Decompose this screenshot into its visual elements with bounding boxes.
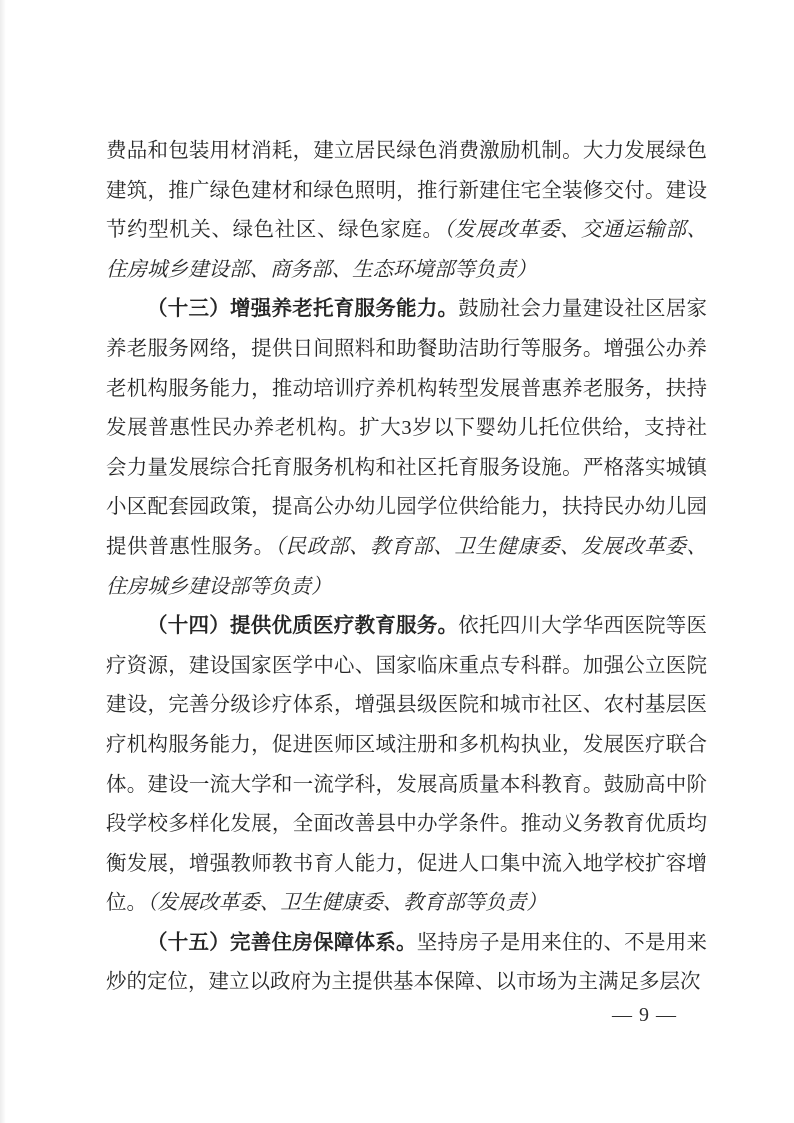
document-page: 费品和包装用材消耗，建立居民绿色消费激励机制。大力发展绿色建筑，推广绿色建材和绿… [0,0,794,1123]
paragraph-text: 依托四川大学华西医院等医疗资源，建设国家医学中心、国家临床重点专科群。加强公立医… [106,615,707,914]
document-body: 费品和包装用材消耗，建立居民绿色消费激励机制。大力发展绿色建筑，推广绿色建材和绿… [106,132,707,1003]
page-number: — 9 — [612,1002,677,1028]
paragraph-clause-15: （十五）完善住房保障体系。坚持房子是用来住的、不是用来炒的定位，建立以政府为主提… [106,924,707,1003]
clause-heading: （十三）增强养老托育服务能力。 [147,298,458,320]
clause-heading: （十四）提供优质医疗教育服务。 [147,615,458,637]
responsible-units: （发展改革委、卫生健康委、教育部等负责） [147,892,547,914]
paragraph-text: 鼓励社会力量建设社区居家养老服务网络，提供日间照料和助餐助洁助行等服务。增强公办… [106,298,707,558]
paragraph-continuation: 费品和包装用材消耗，建立居民绿色消费激励机制。大力发展绿色建筑，推广绿色建材和绿… [106,132,707,290]
paragraph-clause-13: （十三）增强养老托育服务能力。鼓励社会力量建设社区居家养老服务网络，提供日间照料… [106,290,707,607]
clause-heading: （十五）完善住房保障体系。 [147,932,417,954]
paragraph-clause-14: （十四）提供优质医疗教育服务。依托四川大学华西医院等医疗资源，建设国家医学中心、… [106,607,707,924]
scan-edge-shadow [0,0,6,1123]
